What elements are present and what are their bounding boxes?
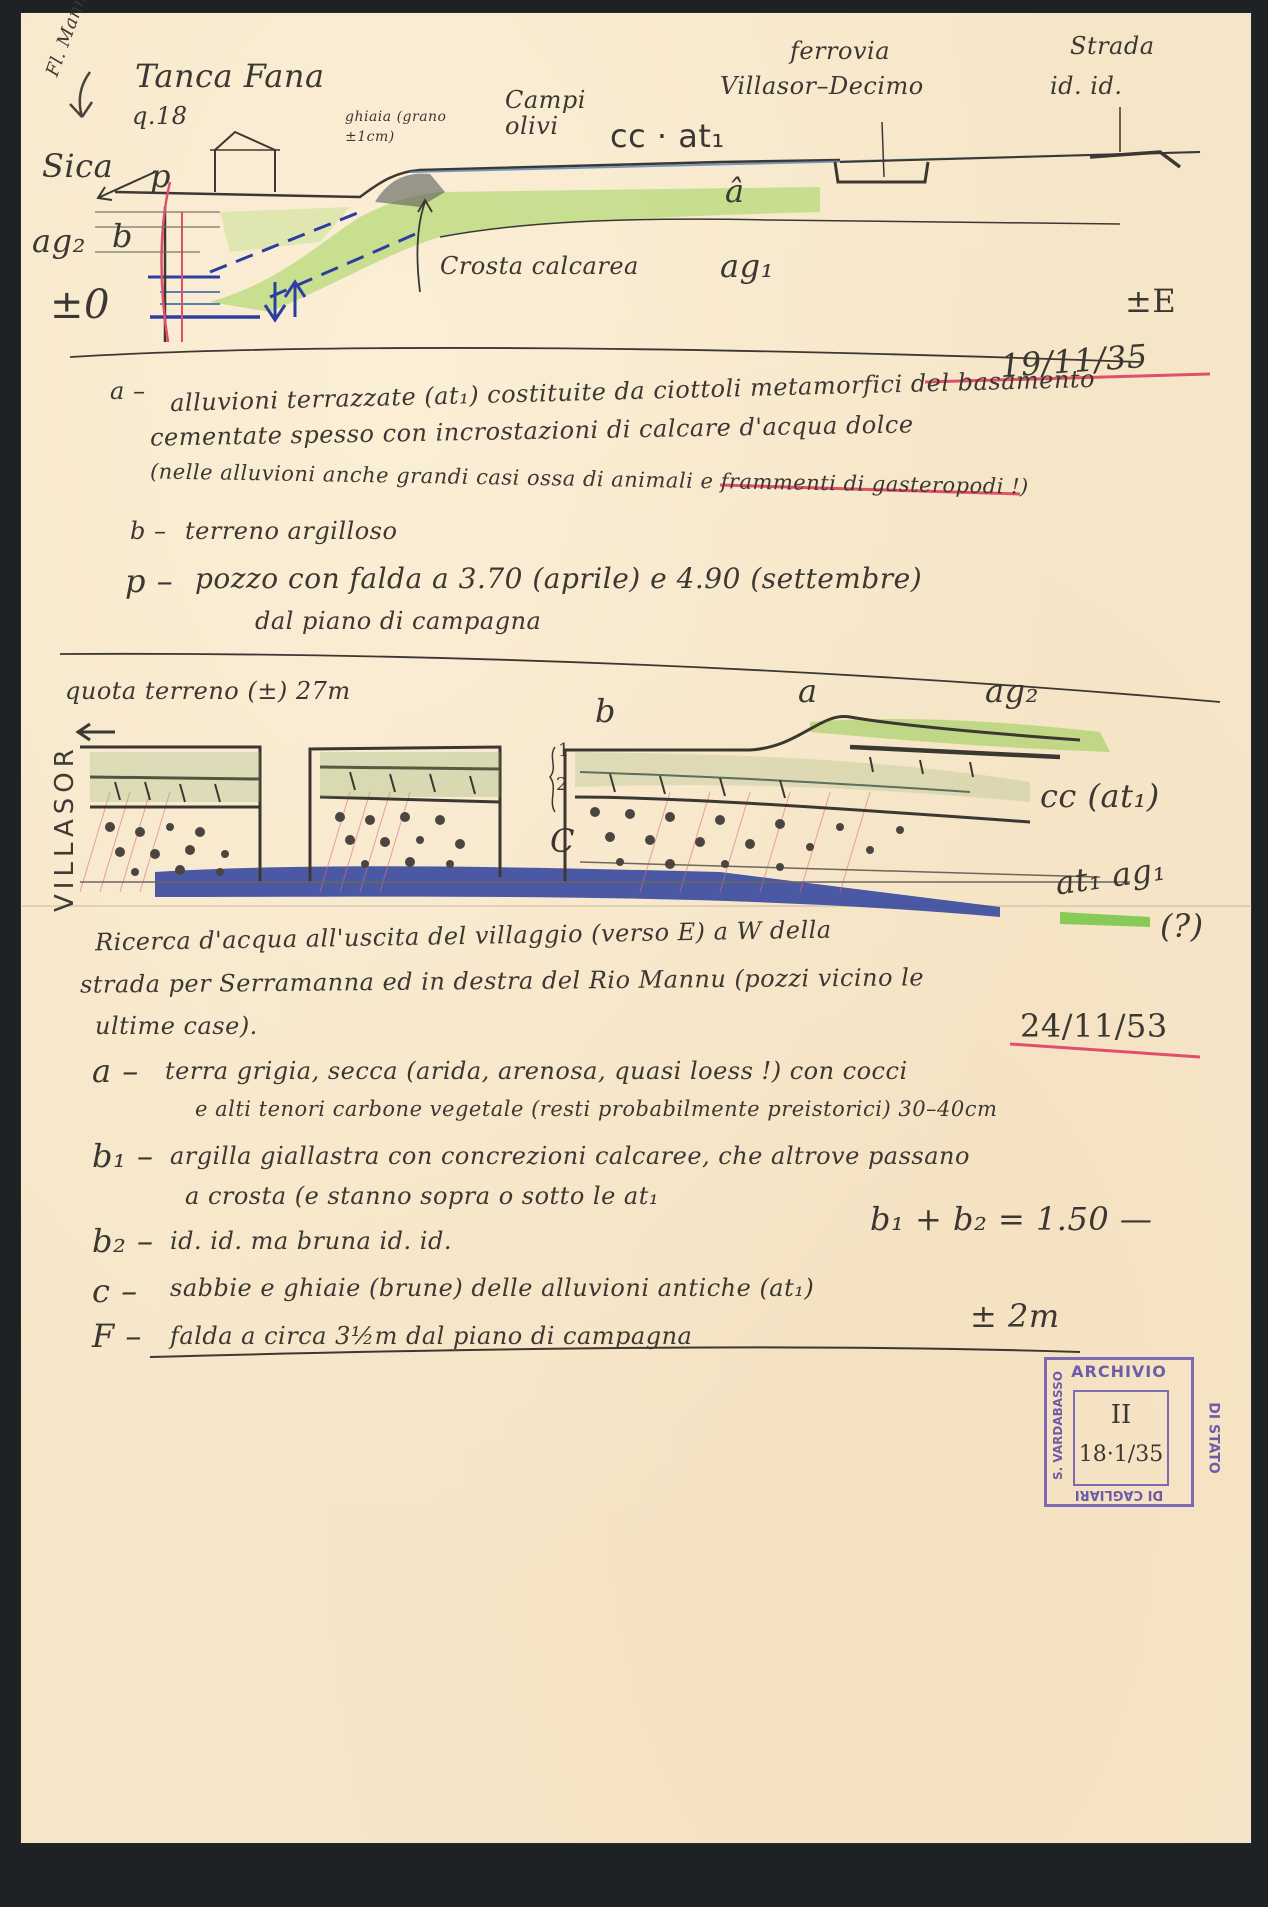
east-label: ±E <box>1125 282 1176 320</box>
stamp-number: 18·1/35 <box>1075 1442 1167 1467</box>
cc-at-label-2: cc (at₁) <box>1040 777 1160 815</box>
date-2: 24/11/53 <box>1020 1007 1168 1045</box>
note2-text: terreno argilloso <box>185 517 397 545</box>
stamp-inner-box: II 18·1/35 <box>1073 1390 1169 1486</box>
road-label: Strada <box>1070 32 1155 60</box>
item-f-text: falda a circa 3½m dal piano di campagna <box>170 1322 692 1350</box>
b-label: b <box>112 217 133 255</box>
well-label: p <box>150 157 171 195</box>
village-label: VILLASOR <box>50 744 80 912</box>
c-label-2: C <box>550 822 575 860</box>
ag2-label: ag₂ <box>32 222 86 260</box>
note3-text-cont: dal piano di campagna <box>255 607 541 635</box>
note1-key: a – <box>110 377 145 405</box>
item-a-text-cont: e alti tenori carbone vegetale (resti pr… <box>195 1097 997 1121</box>
site-title: Tanca Fana <box>135 57 325 95</box>
item-b1-key: b₁ – <box>92 1137 153 1175</box>
archive-stamp: ARCHIVIO DI STATO DI CAGLIARI S. VARDABA… <box>1044 1357 1194 1507</box>
item-c-thickness: ± 2m <box>970 1297 1060 1335</box>
intro-line-3: ultime case). <box>95 1012 258 1040</box>
b-label-2: b <box>595 692 616 730</box>
item-b1-text: argilla giallastra con concrezioni calca… <box>170 1142 970 1170</box>
ag1-label: ag₁ <box>720 247 774 285</box>
b-sum-note: b₁ + b₂ = 1.50 — <box>870 1200 1152 1238</box>
item-c-text: sabbie e ghiaie (brune) delle alluvioni … <box>170 1274 814 1302</box>
ground-elevation-label: quota terreno (±) 27m <box>65 677 351 705</box>
item-f-key: F – <box>92 1317 142 1355</box>
item-b2-text: id. id. ma bruna id. id. <box>170 1227 452 1255</box>
field-label: Campi olivi <box>505 87 605 139</box>
stamp-top-text: ARCHIVIO <box>1047 1362 1191 1381</box>
item-a-text: terra grigia, secca (arida, arenosa, qua… <box>165 1057 908 1085</box>
question-label: (?) <box>1160 907 1204 945</box>
a-hat-label: â <box>725 172 745 210</box>
site-ref: q.18 <box>132 102 188 130</box>
a-label-2: a <box>798 672 818 710</box>
stamp-roman-numeral: II <box>1075 1400 1167 1430</box>
item-b1-text-cont: a crosta (e stanno sopra o sotto le at₁ <box>185 1182 659 1210</box>
railway-label: ferrovia <box>790 37 890 65</box>
item-c-key: c – <box>92 1272 138 1310</box>
road-id-label: id. id. <box>1050 72 1122 100</box>
layer-2-label: 2 <box>556 774 568 795</box>
notebook-page: Fl. Mannu Tanca Fana q.18 Sica p ag₂ b ±… <box>20 12 1252 1844</box>
stamp-right-text: DI STATO <box>1205 1402 1221 1473</box>
stamp-bottom-text: DI CAGLIARI <box>1047 1487 1191 1502</box>
note3-text: pozzo con falda a 3.70 (aprile) e 4.90 (… <box>195 562 922 595</box>
zero-level-label: ±0 <box>50 282 110 328</box>
layer-1-label: 1 <box>558 740 570 761</box>
stamp-left-text: S. VARDABASSO <box>1051 1371 1065 1480</box>
cc-at-label: cc · at₁ <box>610 117 725 155</box>
note2-key: b – <box>130 517 167 545</box>
item-b2-key: b₂ – <box>92 1222 153 1260</box>
ag-label-2: ag₂ <box>985 672 1039 710</box>
crust-label: Crosta calcarea <box>440 252 639 280</box>
house-left-label: Sica <box>42 147 113 185</box>
item-a-key: a – <box>92 1052 139 1090</box>
note3-key: p – <box>125 562 173 600</box>
gravel-label: ghiaia (grano ±1cm) <box>345 107 455 147</box>
railway-route-label: Villasor–Decimo <box>720 72 924 100</box>
